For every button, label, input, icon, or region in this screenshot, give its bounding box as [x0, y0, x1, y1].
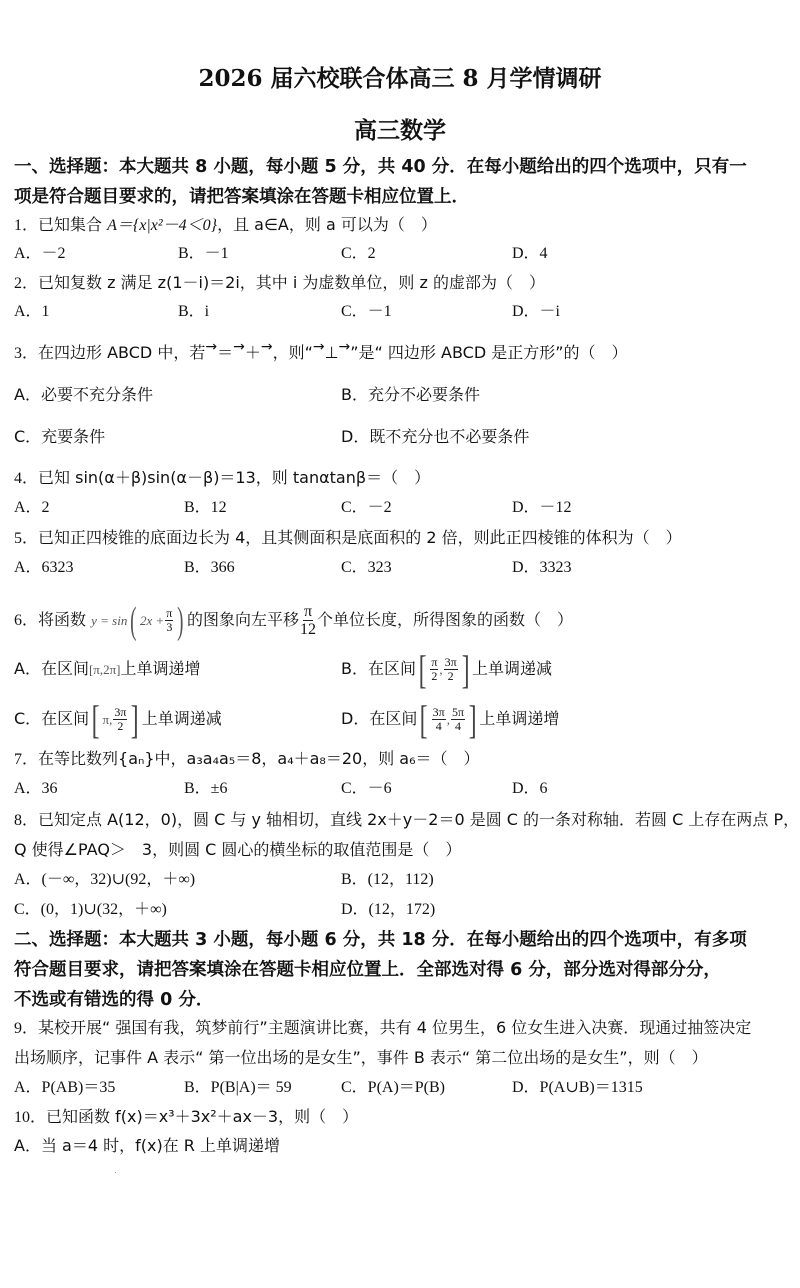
q5-option-a[interactable]: A．6323 — [14, 557, 74, 579]
question-5: 5．已知正四棱锥的底面边长为 4，且其侧面积是底面积的 2 倍，则此正四棱锥的体… — [14, 527, 682, 550]
q2-option-a[interactable]: A．1 — [14, 301, 50, 323]
vector-arrow-icon: → — [339, 336, 351, 358]
vector-arrow-icon: → — [233, 336, 245, 358]
q1-option-b[interactable]: B．－1 — [178, 243, 229, 265]
section1-instruction-line1: 一、选择题：本大题共 8 小题，每小题 5 分，共 40 分．在每小题给出的四个… — [14, 153, 747, 181]
q6-option-a[interactable]: A．在区间[π,2π]上单调递增 — [14, 658, 201, 681]
math-expression: A＝{x|x²－4＜0} — [107, 217, 217, 234]
q5-option-b[interactable]: B．366 — [184, 557, 235, 579]
question-number: 1． — [14, 217, 38, 234]
q7-option-c[interactable]: C．－6 — [341, 778, 392, 800]
question-6: 6．将函数 y = sin(2x +π3)的图象向左平移π12个单位长度，所得图… — [14, 600, 573, 641]
question-4: 4．已知 sin(α＋β)sin(α－β)＝13，则 tanαtanβ＝（ ） — [14, 467, 430, 490]
q4-option-b[interactable]: B．12 — [184, 497, 227, 519]
q7-option-a[interactable]: A．36 — [14, 778, 58, 800]
q5-option-c[interactable]: C．323 — [341, 557, 392, 579]
q6-option-c[interactable]: C．在区间[π,3π2]上单调递减 — [14, 698, 222, 741]
q1-option-a[interactable]: A．－2 — [14, 243, 66, 265]
q3-option-b[interactable]: B．充分不必要条件 — [341, 384, 480, 406]
section2-instruction-line2: 符合题目要求，请把答案填涂在答题卡相应位置上．全部选对得 6 分，部分选对得部分… — [14, 956, 721, 984]
q10-option-a[interactable]: A．当 a＝4 时，f(x)在 R 上单调递增 — [14, 1135, 280, 1157]
q8-option-c[interactable]: C．(0，1)∪(32，＋∞) — [14, 899, 167, 921]
q3-option-c[interactable]: C．充要条件 — [14, 426, 105, 448]
q9-option-c[interactable]: C．P(A)＝P(B) — [341, 1077, 445, 1099]
q9-option-d[interactable]: D．P(A∪B)＝1315 — [512, 1077, 643, 1099]
question-3: 3．在四边形 ABCD 中，若→＝→＋→，则“→⊥→”是“ 四边形 ABCD 是… — [14, 342, 628, 365]
scan-speck — [115, 1172, 116, 1173]
q3-option-d[interactable]: D．既不充分也不必要条件 — [341, 426, 529, 448]
vector-arrow-icon: → — [313, 336, 325, 358]
q4-option-a[interactable]: A．2 — [14, 497, 50, 519]
q9-option-b[interactable]: B．P(B|A)＝ 59 — [184, 1077, 292, 1099]
question-2: 2．已知复数 z 满足 z(1－i)＝2i，其中 i 为虚数单位，则 z 的虚部… — [14, 272, 545, 295]
section1-instruction-line2: 项是符合题目要求的，请把答案填涂在答题卡相应位置上． — [14, 183, 469, 211]
question-8-line2: Q 使得∠PAQ＞ 3，则圆 C 圆心的横坐标的取值范围是（ ） — [14, 839, 461, 861]
vector-arrow-icon: → — [261, 336, 273, 358]
q2-option-d[interactable]: D．－i — [512, 301, 560, 323]
q2-option-b[interactable]: B．i — [178, 301, 209, 323]
fraction-pi-over-3: π3 — [165, 607, 173, 634]
question-7: 7．在等比数列{aₙ}中，a₃a₄a₅＝8，a₄＋a₈＝20，则 a₆＝（ ） — [14, 748, 480, 771]
q4-option-c[interactable]: C．－2 — [341, 497, 392, 519]
q1-option-d[interactable]: D．4 — [512, 243, 548, 265]
question-9-line2: 出场顺序，记事件 A 表示“ 第一位出场的是女生”，事件 B 表示“ 第二位出场… — [14, 1047, 708, 1069]
question-9-line1: 9．某校开展“ 强国有我，筑梦前行”主题演讲比赛，共有 4 位男生，6 位女生进… — [14, 1017, 751, 1040]
exam-title: 2026 届六校联合体高三 8 月学情调研 — [0, 60, 800, 93]
q8-option-d[interactable]: D．(12，172) — [341, 899, 435, 921]
section2-instruction-line1: 二、选择题：本大题共 3 小题，每小题 6 分，共 18 分．在每小题给出的四个… — [14, 926, 747, 954]
question-1: 1．已知集合 A＝{x|x²－4＜0}，且 a∈A，则 a 可以为（ ） — [14, 214, 437, 237]
vector-arrow-icon: → — [205, 336, 217, 358]
q6-option-d[interactable]: D．在区间[3π4,5π4]上单调递增 — [341, 698, 559, 741]
q8-option-a[interactable]: A．(－∞，32)∪(92，＋∞) — [14, 869, 195, 891]
question-10: 10．已知函数 f(x)＝x³＋3x²＋ax－3，则（ ） — [14, 1106, 358, 1129]
q1-option-c[interactable]: C．2 — [341, 243, 376, 265]
q2-option-c[interactable]: C．－1 — [341, 301, 392, 323]
section2-instruction-line3: 不选或有错选的得 0 分． — [14, 986, 213, 1014]
function-expression: y = sin — [91, 613, 127, 628]
q5-option-d[interactable]: D．3323 — [512, 557, 572, 579]
q7-option-b[interactable]: B．±6 — [184, 778, 227, 800]
q8-option-b[interactable]: B．(12，112) — [341, 869, 434, 891]
fraction-pi-over-12: π12 — [300, 603, 316, 638]
exam-subtitle: 高三数学 — [0, 112, 800, 145]
q3-option-a[interactable]: A．必要不充分条件 — [14, 384, 153, 406]
q4-option-d[interactable]: D．－12 — [512, 497, 572, 519]
question-8-line1: 8．已知定点 A(12，0)，圆 C 与 y 轴相切，直线 2x＋y－2＝0 是… — [14, 809, 799, 832]
q9-option-a[interactable]: A．P(AB)＝35 — [14, 1077, 115, 1099]
q6-option-b[interactable]: B．在区间[π2,3π2]上单调递减 — [341, 648, 552, 691]
q7-option-d[interactable]: D．6 — [512, 778, 548, 800]
